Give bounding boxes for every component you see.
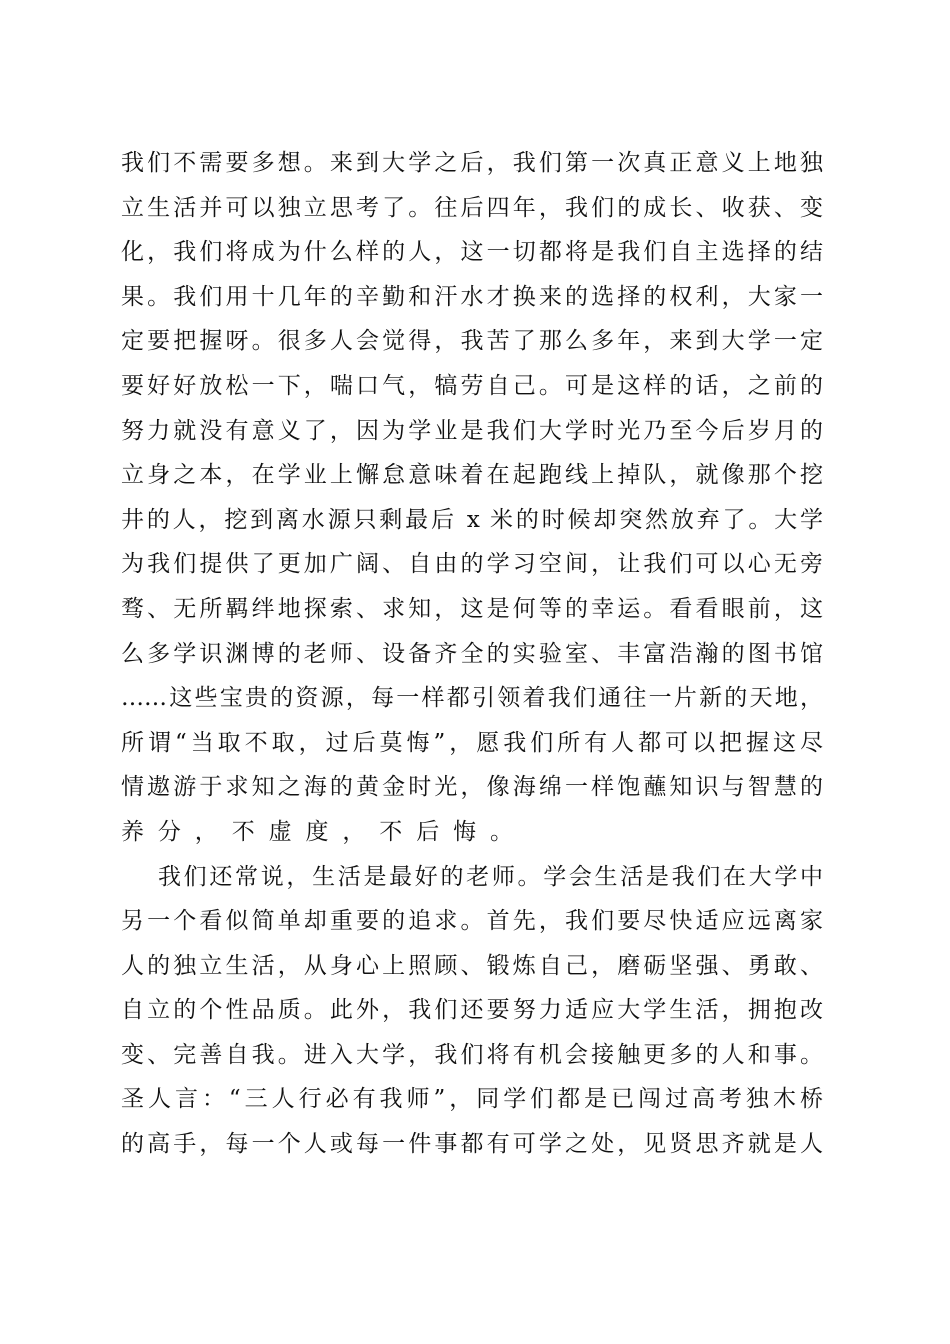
paragraph-2-line-3: 人的独立生活，从身心上照顾、锻炼自己，磨砺坚强、勇敢、	[121, 944, 823, 989]
paragraph-1-line-3: 化，我们将成为什么样的人，这一切都将是我们自主选择的结	[121, 230, 823, 275]
paragraph-1-line-8: 立身之本，在学业上懈怠意味着在起跑线上掉队，就像那个挖	[121, 453, 823, 498]
paragraph-2-line-1: 我们还常说，生活是最好的老师。学会生活是我们在大学中	[121, 855, 823, 900]
body-text: 我们不需要多想。来到大学之后，我们第一次真正意义上地独 立生活并可以独立思考了。…	[121, 141, 823, 1167]
paragraph-1-line-6: 要好好放松一下，喘口气，犒劳自己。可是这样的话，之前的	[121, 364, 823, 409]
paragraph-1-line-10: 为我们提供了更加广阔、自由的学习空间，让我们可以心无旁	[121, 542, 823, 587]
paragraph-1-line-5: 定要把握呀。很多人会觉得，我苦了那么多年，来到大学一定	[121, 319, 823, 364]
document-page: 我们不需要多想。来到大学之后，我们第一次真正意义上地独 立生活并可以独立思考了。…	[0, 0, 950, 1344]
paragraph-1-line-7: 努力就没有意义了，因为学业是我们大学时光乃至今后岁月的	[121, 409, 823, 454]
paragraph-2-line-6: 圣人言：“三人行必有我师”，同学们都是已闯过高考独木桥	[121, 1077, 823, 1122]
paragraph-2-line-2: 另一个看似简单却重要的追求。首先，我们要尽快适应远离家	[121, 899, 823, 944]
paragraph-1-line-14: 所谓“当取不取，过后莫悔”，愿我们所有人都可以把握这尽	[121, 721, 823, 766]
paragraph-1-line-2: 立生活并可以独立思考了。往后四年，我们的成长、收获、变	[121, 186, 823, 231]
paragraph-1-line-11: 骛、无所羁绊地探索、求知，这是何等的幸运。看看眼前，这	[121, 587, 823, 632]
paragraph-1-line-9: 井的人，挖到离水源只剩最后 x 米的时候却突然放弃了。大学	[121, 498, 823, 543]
paragraph-2-line-4: 自立的个性品质。此外，我们还要努力适应大学生活，拥抱改	[121, 988, 823, 1033]
paragraph-1-line-15: 情遨游于求知之海的黄金时光，像海绵一样饱蘸知识与智慧的	[121, 765, 823, 810]
paragraph-1-line-13: ……这些宝贵的资源，每一样都引领着我们通往一片新的天地，	[121, 676, 823, 721]
paragraph-2-line-7: 的高手，每一个人或每一件事都有可学之处，见贤思齐就是人	[121, 1122, 823, 1167]
paragraph-1-line-12: 么多学识渊博的老师、设备齐全的实验室、丰富浩瀚的图书馆	[121, 632, 823, 677]
paragraph-1-line-1: 我们不需要多想。来到大学之后，我们第一次真正意义上地独	[121, 141, 823, 186]
paragraph-1-line-4: 果。我们用十几年的辛勤和汗水才换来的选择的权利，大家一	[121, 275, 823, 320]
paragraph-2-line-5: 变、完善自我。进入大学，我们将有机会接触更多的人和事。	[121, 1033, 823, 1078]
paragraph-1-line-16: 养分，不虚度，不后悔。	[121, 810, 823, 855]
